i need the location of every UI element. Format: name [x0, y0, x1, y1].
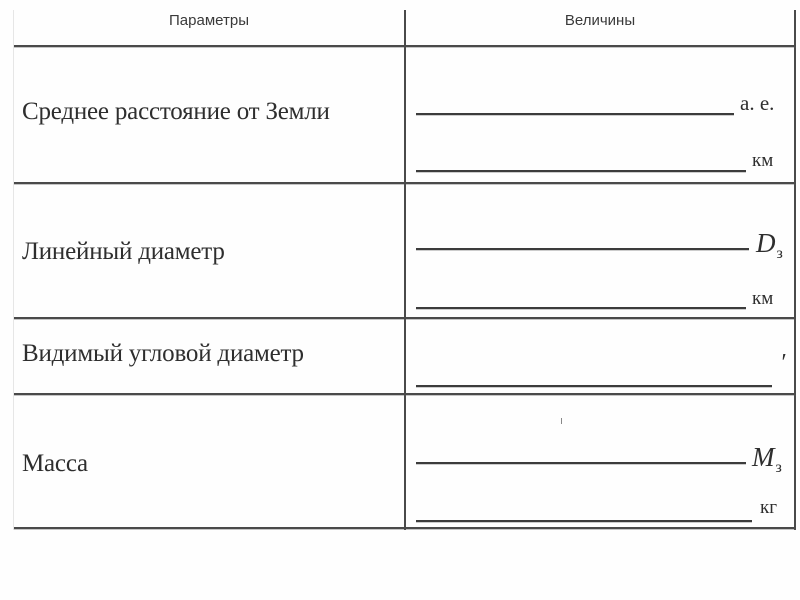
symbol-diameter: Dз	[756, 228, 783, 263]
scan-speck	[561, 418, 562, 424]
input-mass-kg[interactable]	[416, 520, 752, 522]
row-divider-3	[14, 393, 796, 395]
param-linear-diameter: Линейный диаметр	[22, 238, 225, 266]
table-bottom-border	[14, 527, 796, 529]
param-angular-diameter: Видимый угловой диаметр	[22, 340, 304, 368]
param-mean-distance: Среднее расстояние от Земли	[22, 98, 330, 126]
worksheet-table: Параметры Величины Среднее расстояние от…	[0, 0, 800, 600]
column-divider	[404, 10, 406, 530]
param-mass: Масса	[22, 450, 88, 478]
header-divider	[14, 45, 796, 47]
unit-kg: кг	[760, 497, 777, 519]
input-mass-earth-units[interactable]	[416, 462, 746, 464]
unit-km-distance: км	[752, 150, 773, 172]
symbol-mass-letter: M	[752, 442, 775, 472]
unit-km-diameter: км	[752, 288, 773, 310]
scan-edge	[13, 10, 14, 530]
symbol-diameter-subscript: з	[777, 245, 783, 262]
header-values: Величины	[406, 12, 794, 29]
unit-au: а. е.	[740, 91, 774, 116]
symbol-mass: Mз	[752, 442, 782, 477]
input-distance-au[interactable]	[416, 113, 734, 115]
input-diameter-earth-units[interactable]	[416, 248, 749, 250]
header-parameters: Параметры	[14, 12, 404, 29]
input-distance-km[interactable]	[416, 170, 746, 172]
input-diameter-km[interactable]	[416, 307, 746, 309]
unit-arcminute: ′	[780, 350, 785, 377]
input-angular-diameter[interactable]	[416, 385, 772, 387]
symbol-diameter-letter: D	[756, 228, 776, 258]
right-border	[794, 10, 796, 530]
row-divider-2	[14, 317, 796, 319]
row-divider-1	[14, 182, 796, 184]
symbol-mass-subscript: з	[776, 459, 782, 476]
